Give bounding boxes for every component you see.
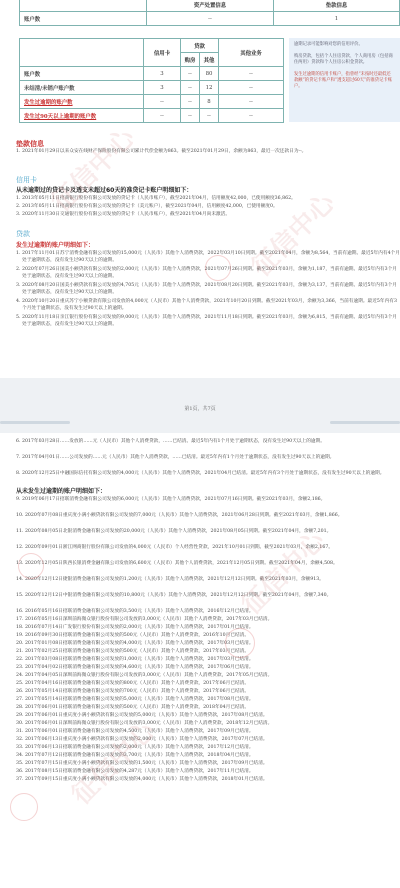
- cell: --: [181, 81, 200, 95]
- cell: 12: [200, 81, 219, 95]
- divider: [0, 421, 70, 424]
- cell: 3: [144, 67, 181, 81]
- list-item: 5. 2020年11月18日亲江银行股份有限公司发放的9,000元（人民币）其他…: [16, 314, 400, 329]
- list-item: 2. 2013年05月11日招商银行股份有限公司发放的贷记卡（美元账户），截至2…: [16, 203, 400, 210]
- list-item: 27. 2017年05月14日招联消费金融有限公司发放的5,000元（人民币）其…: [16, 696, 400, 703]
- table-row: 账户数 3 -- 80 --: [20, 67, 284, 81]
- list-item: 12. 2020年09月01日浙江网商银行股份有限公司发放的4,000元（人民币…: [16, 544, 400, 551]
- row-label: 未结清/未销户账户数: [20, 81, 144, 95]
- list-item: 25. 2017年04月16日招联消费金融有限公司发放的800元（人民币）其他个…: [16, 680, 400, 687]
- table-row: 未结清/未销户账户数 3 -- 12 --: [20, 81, 284, 95]
- list-item: 4. 2020年10月20日重庆苏宁小额贷款有限公司发放的4,000元（人民币）…: [16, 298, 400, 313]
- section-title-credit-card: 信用卡: [16, 175, 37, 185]
- seal-stamp: [10, 793, 38, 821]
- watermark: 征信中心: [232, 522, 332, 622]
- list-item: 37. 2017年09月15日重庆度小满小额贷款有限公司发放的4,000元（人民…: [16, 776, 400, 783]
- table-row: 发生过逾期的账户数 -- -- 8 --: [20, 95, 284, 109]
- list-item: 18. 2016年07月14日广发银行股份有限公司发放的2,000元（人民币）其…: [16, 624, 400, 631]
- row-label-overdue-90: 发生过90天以上逾期的账户数: [20, 109, 144, 123]
- credit-card-header: 信用卡: [144, 39, 181, 67]
- list-item: 20. 2017年01月08日招联消费金融有限公司发放的4,000元（人民币）其…: [16, 640, 400, 647]
- account-summary-table: 信用卡 贷款 其他业务 购房 其他 账户数 3 -- 80 -- 未结清/未销户…: [19, 38, 284, 123]
- list-item: 19. 2016年09月30日招联消费金融有限公司发放的500元（人民币）其他个…: [16, 632, 400, 639]
- list-item: 26. 2017年05月14日招联消费金融有限公司发放的700元（人民币）其他个…: [16, 688, 400, 695]
- summary-header-asset: 资产处置信息: [147, 0, 274, 12]
- cell: --: [144, 95, 181, 109]
- subsection-title: 从未逾期过的贷记卡及透支未超过60天的准贷记卡账户明细如下：: [16, 185, 192, 194]
- list-item: 21. 2017年02月25日招联消费金融有限公司发放的500元（人民币）其他个…: [16, 648, 400, 655]
- report-page-2: 6. 2017年03月28日……发放的……元（人民币）其他个人消费贷款，……已结…: [0, 433, 400, 888]
- housing-loan-header: 购房: [181, 53, 200, 67]
- cell: 80: [200, 67, 219, 81]
- list-item: 34. 2017年07月12日招联消费金融有限公司发放的3,700元（人民币）其…: [16, 752, 400, 759]
- list-item: 28. 2017年06月01日招联消费金融有限公司发放的500元（人民币）其他个…: [16, 704, 400, 711]
- note: 购房贷款，包括个人住房贷款、个人商用房（包括商住两用）贷款和个人住房公积金贷款。: [294, 54, 395, 66]
- cell: --: [181, 67, 200, 81]
- list-item: 29. 2017年06月01日重庆度小满小额贷款有限公司发放的5,000元（人民…: [16, 712, 400, 719]
- subsection-title-normal: 从未发生过逾期的账户明细如下：: [16, 486, 106, 495]
- note: 逾期记录可能影响对您的信用评价。: [294, 42, 395, 48]
- row-label: 账户数: [20, 67, 144, 81]
- list-item: 33. 2017年06月13日招联消费金融有限公司发放的2,000元（人民币）其…: [16, 744, 400, 751]
- list-item: 32. 2017年06月13日重庆度小满小额贷款有限公司发放的2,000元（人民…: [16, 736, 400, 743]
- cell: --: [144, 109, 181, 123]
- list-item: 11. 2020年08月05日北银消费金融有限公司发放的20,000元（人民币）…: [16, 528, 400, 535]
- cell: --: [147, 12, 274, 26]
- list-item: 3. 2020年11月30日交通银行股份有限公司发放的贷记卡（人民币账户），截至…: [16, 211, 400, 218]
- cell: 3: [144, 81, 181, 95]
- list-item: 36. 2017年08月15日招联消费金融有限公司发放的4,287元（人民币）其…: [16, 768, 400, 775]
- cell: --: [200, 109, 219, 123]
- cell: 8: [200, 95, 219, 109]
- list-item: 14. 2020年12月12日捷银消费金融有限公司发放的1,200元（人民币）其…: [16, 576, 400, 583]
- cell: --: [219, 109, 284, 123]
- cell: --: [219, 95, 284, 109]
- table-row: 账户数 -- 1: [20, 12, 400, 26]
- row-label-overdue: 发生过逾期的账户数: [20, 95, 144, 109]
- subsection-title-overdue: 发生过逾期的账户明细如下：: [16, 240, 94, 249]
- list-item: 35. 2017年07月15日重庆度小满小额贷款有限公司发放的1,500元（人民…: [16, 760, 400, 767]
- summary-table: 资产处置信息 垫款信息 账户数 -- 1: [19, 0, 400, 26]
- notes-panel: 逾期记录可能影响对您的信用评价。 购房贷款，包括个人住房贷款、个人商用房（包括商…: [289, 38, 400, 122]
- row-label: 账户数: [20, 12, 147, 26]
- summary-header-advance: 垫款信息: [274, 0, 400, 12]
- cell: --: [181, 109, 200, 123]
- list-item: 2. 2020年07月26日国美小额贷款有限公司发放的2,000元（人民币）其他…: [16, 266, 400, 281]
- note-overdue: 发生过逾期的信用卡账户，指曾经“未按时还最低还款额”的贷记卡账户和“透支超过60…: [294, 72, 395, 90]
- list-item: 24. 2017年04月05日深圳前海微众银行股份有限公司发放的3,000元（人…: [16, 672, 400, 679]
- list-item: 3. 2020年08月20日国美小额贷款有限公司发放的4,705元（人民币）其他…: [16, 282, 400, 297]
- list-item: 1. 2021年01月29日以来众安在线财产保险股份有限公司累计代偿金额为863…: [16, 148, 400, 155]
- page-indicator: 第1页，共7页: [0, 405, 400, 412]
- list-item: 15. 2020年12月12日中银消费金融有限公司发放的10,800元（人民币）…: [16, 592, 400, 599]
- blank-header: [20, 39, 144, 67]
- list-item: 23. 2017年04月02日招联消费金融有限公司发放的4,600元（人民币）其…: [16, 664, 400, 671]
- table-row: 发生过90天以上逾期的账户数 -- -- -- --: [20, 109, 284, 123]
- report-page-1: 资产处置信息 垫款信息 账户数 -- 1 信用卡 贷款 其他业务 购房 其他 账…: [0, 0, 400, 378]
- cell: --: [181, 95, 200, 109]
- list-item: 16. 2016年05月16日招联消费金融有限公司发放的3,500元（人民币）其…: [16, 608, 400, 615]
- list-item: 22. 2017年03月08日招联消费金融有限公司发放的1,000元（人民币）其…: [16, 656, 400, 663]
- list-item: 30. 2017年06月01日深圳前海微众银行股份有限公司发放的3,000元（人…: [16, 720, 400, 727]
- list-item: 1. 2017年11月01日苏宁消费金融有限公司发放的15,000元（人民币）其…: [16, 250, 400, 265]
- cell: --: [219, 67, 284, 81]
- summary-header-blank: [20, 0, 147, 12]
- list-item: 7. 2017年04月01日……公司发放的……元（人民币）其他个人消费贷款，………: [16, 454, 400, 461]
- cell: 1: [274, 12, 400, 26]
- cell: --: [219, 81, 284, 95]
- list-item: 1. 2013年05月11日招商银行股份有限公司发放的贷记卡（人民币账户），截至…: [16, 195, 400, 202]
- loan-header: 贷款: [181, 39, 219, 53]
- list-item: 8. 2020年12月25日中融国际信托有限公司发放的4,000元（人民币）其他…: [16, 470, 400, 477]
- list-item: 17. 2016年05月16日深圳前海微众银行股份有限公司发放的3,000元（人…: [16, 616, 400, 623]
- list-item: 31. 2017年06月01日招联消费金融有限公司发放的4,500元（人民币）其…: [16, 728, 400, 735]
- list-item: 13. 2020年12月05日陕西长银消费金融有限公司发放的6,600元（人民币…: [16, 560, 400, 567]
- other-business-header: 其他业务: [219, 39, 284, 67]
- list-item: 9. 2019年06月17日招联消费金融有限公司发放的6,000元（人民币）其他…: [16, 496, 400, 503]
- divider: [330, 421, 400, 424]
- section-title-loan: 贷款: [16, 229, 30, 239]
- other-loan-header: 其他: [200, 53, 219, 67]
- list-item: 6. 2017年03月28日……发放的……元（人民币）其他个人消费贷款，……已结…: [16, 438, 400, 445]
- list-item: 10. 2020年07月08日重庆度小满小额贷款有限公司发放的7,000元（人民…: [16, 512, 400, 519]
